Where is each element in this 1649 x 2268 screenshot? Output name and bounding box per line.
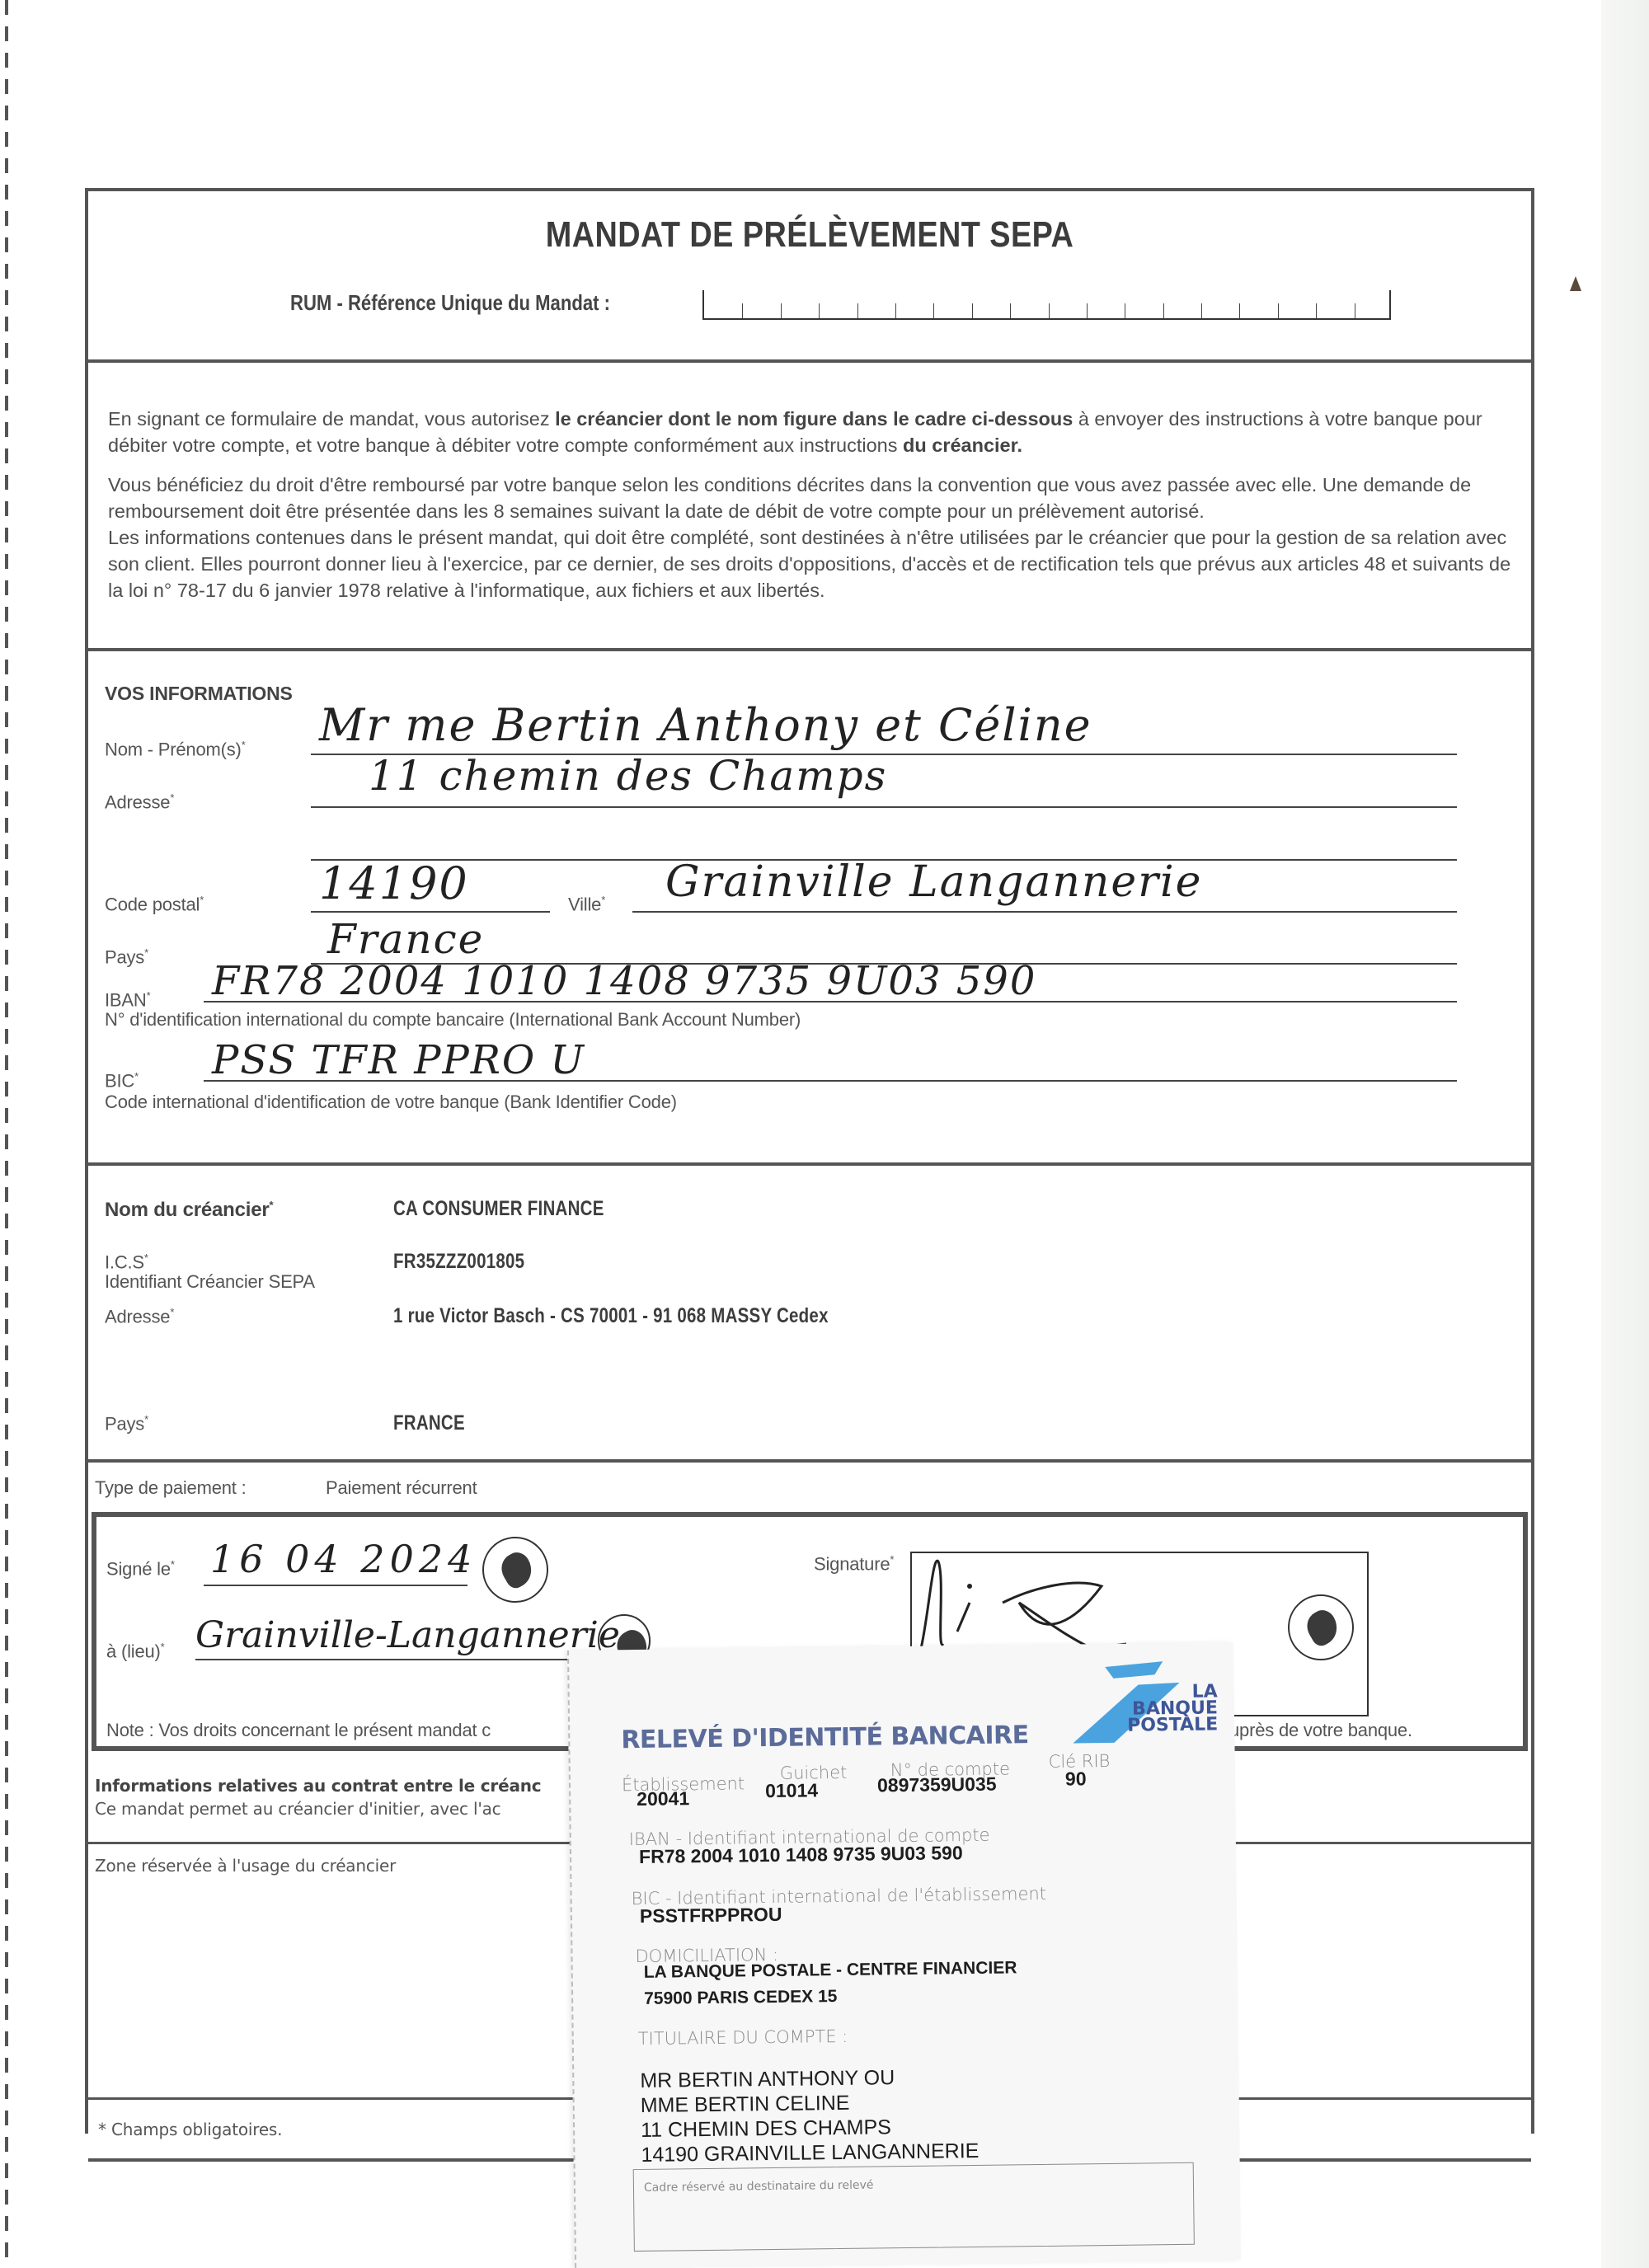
country-field[interactable]: France — [327, 915, 484, 963]
rib-slip: LA BANQUE POSTALE RELEVÉ D'IDENTITÉ BANC… — [567, 1642, 1241, 2268]
rights-note: Note : Vos droits concernant le présent … — [106, 1720, 491, 1741]
iban-underline — [204, 1001, 1457, 1003]
rib-bank-code: 20041 — [637, 1787, 689, 1810]
rum-cell-divider — [857, 303, 858, 318]
city-field[interactable]: Grainville Langannerie — [665, 857, 1202, 907]
iban-help: N° d'identification international du com… — [105, 1009, 801, 1031]
debtor-section: VOS INFORMATIONS Nom - Prénom(s)* Mr me … — [88, 648, 1531, 1162]
rum-cell-divider — [1239, 303, 1240, 318]
scan-speck — [1570, 276, 1581, 291]
place-field[interactable]: Grainville-Langannerie — [195, 1614, 620, 1656]
postal-code-label: Code postal* — [105, 894, 204, 915]
address-field[interactable]: 11 chemin des Champs — [369, 752, 887, 800]
rib-iban-value: FR78 2004 1010 1408 9735 9U03 590 — [639, 1842, 963, 1868]
country-label: Pays* — [105, 946, 148, 968]
signed-on-date-field[interactable]: 16 04 2024 — [210, 1537, 477, 1581]
recipient-reserved-box: Cadre réservé au destinataire du relevé — [633, 2162, 1195, 2252]
rum-cell-divider — [933, 303, 934, 318]
rum-cell-divider — [819, 303, 820, 318]
scan-shadow-edge — [1601, 0, 1649, 2268]
creditor-country-value: FRANCE — [393, 1411, 465, 1435]
payment-type-label: Type de paiement : — [95, 1477, 247, 1499]
rum-cell-divider — [1316, 303, 1317, 318]
bic-underline — [204, 1080, 1457, 1082]
contract-info-text: Ce mandat permet au créancier d'initier,… — [95, 1799, 500, 1819]
iban-label: IBAN* — [105, 989, 150, 1011]
city-underline — [632, 911, 1457, 913]
rum-cell-divider — [1049, 303, 1050, 318]
postal-code-field[interactable]: 14190 — [319, 857, 469, 909]
scan-perforation-edge — [5, 0, 8, 2268]
creditor-address-label: Adresse* — [105, 1306, 174, 1327]
rum-cell-divider — [895, 303, 896, 318]
debtor-section-title: VOS INFORMATIONS — [105, 683, 293, 705]
intro-paragraph-2: Vous bénéficiez du droit d'être rembours… — [108, 472, 1518, 524]
rum-label: RUM - Référence Unique du Mandat : — [290, 290, 610, 316]
rib-branch-code: 01014 — [765, 1779, 818, 1802]
payment-type-section: Type de paiement : Paiement récurrent — [88, 1459, 1531, 1512]
rum-cell-divider — [781, 303, 782, 318]
rum-input[interactable] — [702, 290, 1391, 320]
name-label: Nom - Prénom(s)* — [105, 739, 246, 760]
rum-cell-divider — [1278, 303, 1279, 318]
ics-label: I.C.S* — [105, 1251, 148, 1273]
required-fields-note: * Champs obligatoires. — [98, 2120, 282, 2139]
rum-cell-divider — [1163, 303, 1164, 318]
rib-domiciliation-line: LA BANQUE POSTALE - CENTRE FINANCIER — [644, 1958, 1017, 1983]
creditor-country-label: Pays* — [105, 1413, 148, 1435]
intro-section: En signant ce formulaire de mandat, vous… — [88, 359, 1531, 648]
initials-icon — [1288, 1594, 1354, 1660]
reserved-zone-label: Zone réservée à l'usage du créancier — [95, 1856, 396, 1876]
initials-icon — [482, 1537, 548, 1603]
name-field[interactable]: Mr me Bertin Anthony et Céline — [319, 699, 1092, 751]
bank-logo-text: LA BANQUE POSTALE — [1127, 1683, 1219, 1734]
rib-holder-label: TITULAIRE DU COMPTE : — [638, 2026, 848, 2049]
contract-info-title: Informations relatives au contrat entre … — [95, 1776, 541, 1796]
rib-holder-address: MR BERTIN ANTHONY OU MME BERTIN CELINE 1… — [640, 2064, 979, 2167]
place-label: à (lieu)* — [106, 1641, 165, 1662]
ics-sublabel: Identifiant Créancier SEPA — [105, 1271, 315, 1293]
address-underline — [311, 806, 1457, 808]
rum-cell-divider — [1125, 303, 1125, 318]
creditor-section: Nom du créancier* CA CONSUMER FINANCE I.… — [88, 1162, 1531, 1459]
rum-cell-divider — [742, 303, 743, 318]
rum-cell-divider — [1355, 303, 1355, 318]
rib-key: 90 — [1065, 1768, 1087, 1790]
creditor-address-value: 1 rue Victor Basch - CS 70001 - 91 068 M… — [393, 1304, 829, 1328]
rum-cell-divider — [1010, 303, 1011, 318]
rib-bic-value: PSSTFRPPROU — [640, 1904, 782, 1928]
intro-paragraph-1: En signant ce formulaire de mandat, vous… — [108, 406, 1518, 458]
city-label: Ville* — [568, 894, 605, 915]
rights-note-end: uprès de votre banque. — [1229, 1720, 1412, 1741]
rum-cell-divider — [1087, 303, 1088, 318]
postal-underline — [311, 911, 550, 913]
rum-cell-divider — [1201, 303, 1202, 318]
bic-help: Code international d'identification de v… — [105, 1092, 677, 1113]
page-title: MANDAT DE PRÉLÈVEMENT SEPA — [190, 214, 1431, 256]
rum-cell-divider — [972, 303, 973, 318]
creditor-name-label: Nom du créancier* — [105, 1199, 273, 1222]
rib-account-number: 0897359U035 — [877, 1773, 997, 1797]
signed-on-label: Signé le* — [106, 1558, 175, 1580]
mandate-header: MANDAT DE PRÉLÈVEMENT SEPA RUM - Référen… — [88, 191, 1531, 359]
ics-value: FR35ZZZ001805 — [393, 1250, 524, 1274]
creditor-name-value: CA CONSUMER FINANCE — [393, 1197, 604, 1221]
date-underline — [204, 1585, 467, 1586]
iban-field[interactable]: FR78 2004 1010 1408 9735 9U03 590 — [212, 958, 1036, 1004]
bic-label: BIC* — [105, 1070, 139, 1092]
rib-title: RELEVÉ D'IDENTITÉ BANCAIRE — [621, 1721, 1029, 1754]
rib-domiciliation-line: 75900 PARIS CEDEX 15 — [644, 1987, 838, 2009]
bic-field[interactable]: PSS TFR PPRO U — [212, 1037, 585, 1083]
intro-paragraph-3: Les informations contenues dans le prése… — [108, 524, 1518, 603]
payment-type-value: Paiement récurrent — [326, 1477, 477, 1499]
address-label: Adresse* — [105, 791, 174, 813]
signature-label: Signature* — [814, 1553, 894, 1575]
